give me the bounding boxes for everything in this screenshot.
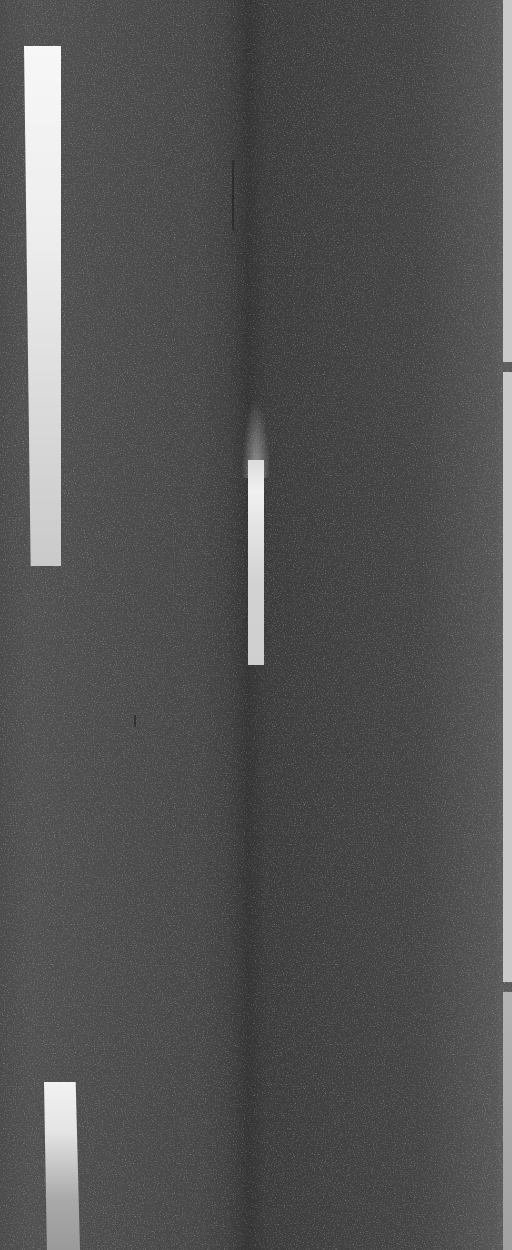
road-edge-line-worn [503, 992, 512, 1250]
surface-crack [232, 160, 234, 230]
road-surface [0, 0, 512, 1250]
lane-marking-dash-center [248, 460, 264, 665]
road-edge-line [503, 372, 512, 982]
lane-marking-dash-left-lower [44, 1082, 80, 1250]
surface-crack [134, 715, 136, 727]
road-edge-line [503, 0, 512, 362]
